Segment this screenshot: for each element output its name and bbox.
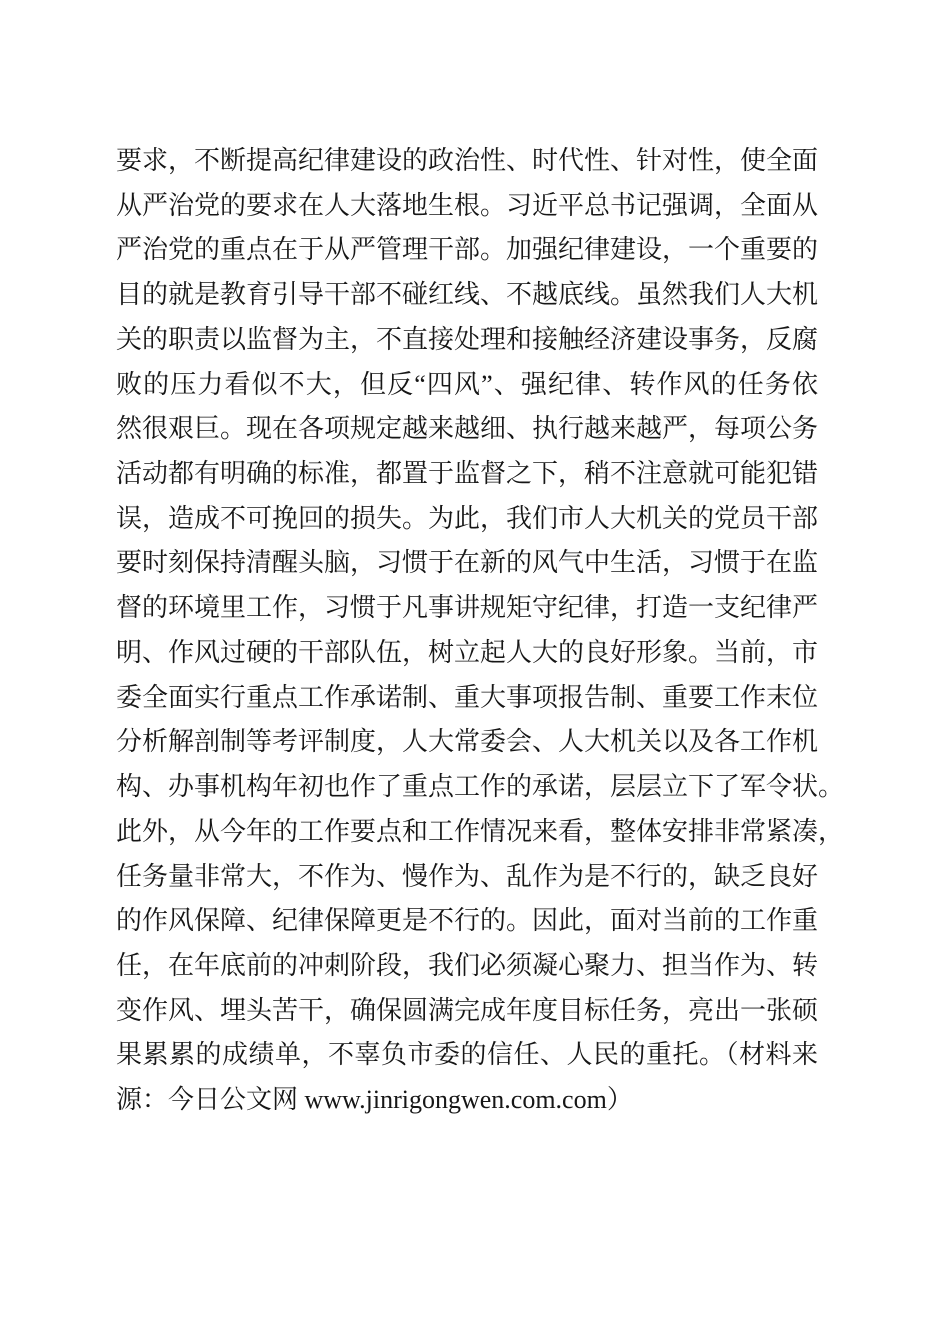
text-line: 督的环境里工作，习惯于凡事讲规矩守纪律，打造一支纪律严 [116,586,818,631]
text-line: 果累累的成绩单，不辜负市委的信任、人民的重托。（材料来 [116,1033,818,1078]
text-line: 误，造成不可挽回的损失。为此，我们市人大机关的党员干部 [116,497,818,542]
document-page: 要求，不断提高纪律建设的政治性、时代性、针对性，使全面从严治党的要求在人大落地生… [0,0,950,1344]
text-line: 明、作风过硬的干部队伍，树立起人大的良好形象。当前，市 [116,631,818,676]
text-line: 目的就是教育引导干部不碰红线、不越底线。虽然我们人大机 [116,273,818,318]
text-line: 严治党的重点在于从严管理干部。加强纪律建设，一个重要的 [116,228,818,273]
text-line: 此外，从今年的工作要点和工作情况来看，整体安排非常紧凑， [116,810,818,855]
text-line: 要求，不断提高纪律建设的政治性、时代性、针对性，使全面 [116,139,818,184]
text-line: 关的职责以监督为主，不直接处理和接触经济建设事务，反腐 [116,318,818,363]
text-line: 然很艰巨。现在各项规定越来越细、执行越来越严，每项公务 [116,407,818,452]
text-line: 要时刻保持清醒头脑，习惯于在新的风气中生活，习惯于在监 [116,541,818,586]
text-line: 败的压力看似不大，但反“四风”、强纪律、转作风的任务依 [116,363,818,408]
text-line: 变作风、埋头苦干，确保圆满完成年度目标任务，亮出一张硕 [116,989,818,1034]
body-paragraph: 要求，不断提高纪律建设的政治性、时代性、针对性，使全面从严治党的要求在人大落地生… [116,139,818,1123]
text-line: 任务量非常大，不作为、慢作为、乱作为是不行的，缺乏良好 [116,855,818,900]
text-line: 分析解剖制等考评制度，人大常委会、人大机关以及各工作机 [116,720,818,765]
text-line: 从严治党的要求在人大落地生根。习近平总书记强调，全面从 [116,184,818,229]
text-line: 任，在年底前的冲刺阶段，我们必须凝心聚力、担当作为、转 [116,944,818,989]
text-line: 源：今日公文网 www.jinrigongwen.com.com） [116,1078,818,1123]
text-line: 构、办事机构年初也作了重点工作的承诺，层层立下了军令状。 [116,765,818,810]
text-line: 委全面实行重点工作承诺制、重大事项报告制、重要工作末位 [116,676,818,721]
text-line: 活动都有明确的标准，都置于监督之下，稍不注意就可能犯错 [116,452,818,497]
text-line: 的作风保障、纪律保障更是不行的。因此，面对当前的工作重 [116,899,818,944]
